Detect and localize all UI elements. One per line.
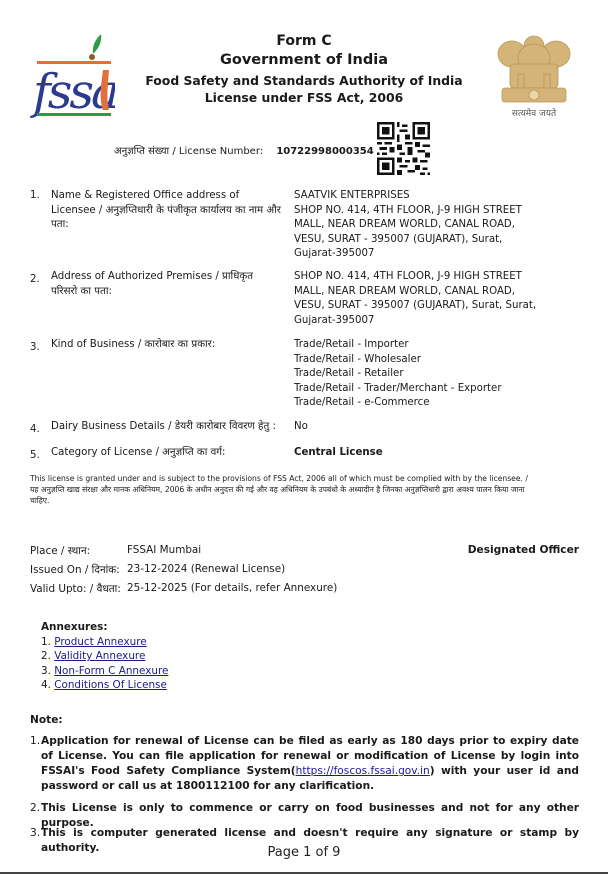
authority-title: Food Safety and Standards Authority of I… [120, 73, 488, 88]
section-4-number: 4. [30, 423, 40, 438]
designated-officer: Designated Officer [468, 544, 579, 556]
annexure-number: 2. [41, 650, 51, 662]
section-4-label: Dairy Business Details / डेयरी कारोबार व… [51, 420, 291, 435]
section-5-value: Central License [294, 446, 544, 461]
validity-annexure-link[interactable]: Validity Annexure [54, 650, 145, 662]
form-title: Form C [120, 33, 488, 49]
annexure-item: 3. Non-Form C Annexure [41, 664, 168, 679]
issued-label: Issued On / दिनांक: [30, 563, 120, 577]
valid-value: 25-12-2025 (For details, refer Annexure) [127, 582, 337, 594]
note-text: Application for renewal of License can b… [41, 734, 579, 794]
section-4-value: No [294, 420, 544, 435]
annexure-number: 3. [41, 665, 51, 677]
annexure-item: 1. Product Annexure [41, 635, 168, 650]
place-value: FSSAI Mumbai [127, 544, 201, 556]
note-1: 1. Application for renewal of License ca… [30, 734, 579, 794]
page-number: Page 1 of 9 [0, 845, 608, 860]
address-line: SHOP NO. 414, 4TH FLOOR, J-9 HIGH STREET [294, 204, 544, 219]
place-label: Place / स्थान: [30, 544, 90, 558]
address-line: VESU, SURAT - 395007 (GUJARAT), Surat, S… [294, 299, 544, 314]
section-2-value: SHOP NO. 414, 4TH FLOOR, J-9 HIGH STREET… [294, 270, 544, 328]
licensee-name: SAATVIK ENTERPRISES [294, 189, 544, 204]
annexure-number: 4. [41, 679, 51, 691]
government-title: Government of India [120, 52, 488, 68]
section-5-number: 5. [30, 449, 40, 464]
note-number: 1. [30, 734, 40, 749]
qr-code-icon [377, 122, 430, 175]
issued-value: 23-12-2024 (Renewal License) [127, 563, 285, 575]
annexures-title: Annexures: [41, 620, 168, 635]
fssai-logo: fssa [29, 30, 115, 118]
section-3-number: 3. [30, 341, 40, 356]
note-title: Note: [30, 714, 63, 726]
section-2-label: Address of Authorized Premises / प्राधिक… [51, 270, 281, 299]
section-1-number: 1. [30, 189, 40, 204]
act-title: License under FSS Act, 2006 [120, 90, 488, 105]
foscos-link[interactable]: https://foscos.fssai.gov.in [296, 765, 430, 777]
section-1-value: SAATVIK ENTERPRISES SHOP NO. 414, 4TH FL… [294, 189, 544, 262]
address-line: VESU, SURAT - 395007 (GUJARAT), Surat, [294, 233, 544, 248]
business-kind: Trade/Retail - Importer [294, 338, 544, 353]
annexure-item: 2. Validity Annexure [41, 649, 168, 664]
section-3-label: Kind of Business / कारोबार का प्रकार: [51, 338, 281, 353]
product-annexure-link[interactable]: Product Annexure [54, 636, 146, 648]
license-number-row: अनुज्ञप्ति संख्या / License Number: 1072… [114, 143, 374, 157]
note-number: 3. [30, 826, 40, 841]
section-3-value: Trade/Retail - Importer Trade/Retail - W… [294, 338, 544, 411]
address-line: Gujarat-395007 [294, 314, 544, 329]
note-number: 2. [30, 801, 40, 816]
business-kind: Trade/Retail - Wholesaler [294, 353, 544, 368]
ashoka-emblem: सत्यमेव जयते [490, 28, 578, 120]
non-form-c-annexure-link[interactable]: Non-Form C Annexure [54, 665, 168, 677]
license-notice: This license is granted under and is sub… [30, 473, 530, 506]
annexure-item: 4. Conditions Of License [41, 678, 168, 693]
section-5-label: Category of License / अनुज्ञप्ति का वर्ग… [51, 446, 281, 461]
annexures: Annexures: 1. Product Annexure 2. Validi… [41, 620, 168, 693]
svg-text:सत्यमेव जयते: सत्यमेव जयते [512, 107, 557, 119]
business-kind: Trade/Retail - Retailer [294, 367, 544, 382]
annexure-number: 1. [41, 636, 51, 648]
address-line: Gujarat-395007 [294, 247, 544, 262]
section-2-number: 2. [30, 273, 40, 288]
license-number-label: अनुज्ञप्ति संख्या / License Number: [114, 146, 263, 157]
address-line: MALL, NEAR DREAM WORLD, CANAL ROAD, [294, 285, 544, 300]
section-1-label: Name & Registered Office address of Lice… [51, 189, 281, 233]
business-kind: Trade/Retail - Trader/Merchant - Exporte… [294, 382, 544, 397]
license-number-value: 10722998000354 [276, 146, 373, 157]
address-line: MALL, NEAR DREAM WORLD, CANAL ROAD, [294, 218, 544, 233]
conditions-of-license-link[interactable]: Conditions Of License [54, 679, 167, 691]
business-kind: Trade/Retail - e-Commerce [294, 396, 544, 411]
address-line: SHOP NO. 414, 4TH FLOOR, J-9 HIGH STREET [294, 270, 544, 285]
valid-label: Valid Upto: / वैधता: [30, 582, 121, 596]
